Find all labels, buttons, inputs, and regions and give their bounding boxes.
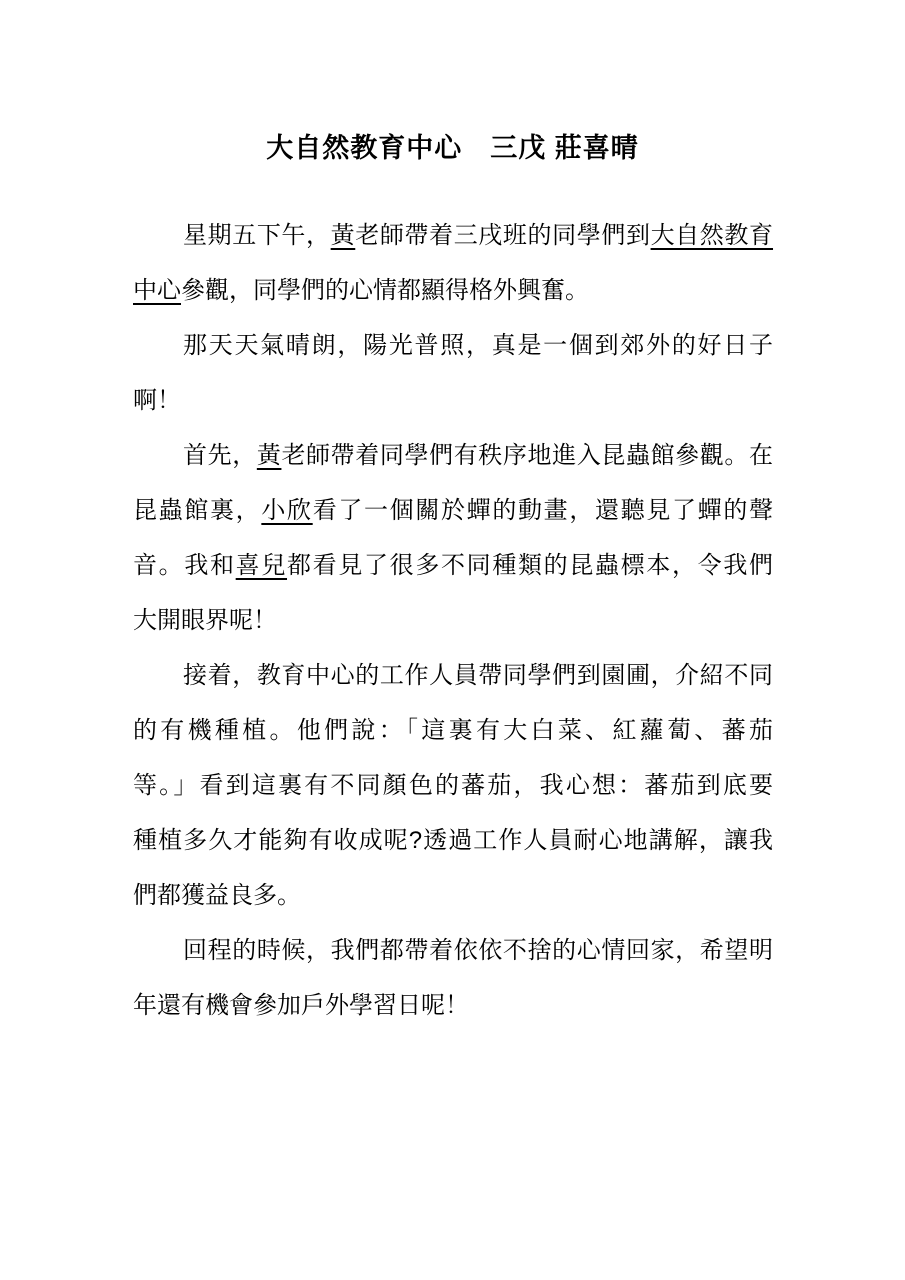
text-line: 昆蟲館裏，小欣看了一個關於蟬的動畫，還聽見了蟬的聲 [133,483,773,538]
text-line: 回程的時候，我們都帶着依依不捨的心情回家，希望明 [133,923,773,978]
text-run: 的有機種植。他們說：「這裏有大白菜、紅蘿蔔、蕃茄 [133,717,773,744]
underlined-name: 中心 [133,277,181,304]
text-run: 老師帶着同學們有秩序地進入昆蟲館參觀。在 [281,442,773,469]
underlined-name: 大自然教育 [651,222,773,249]
text-run: 那天天氣晴朗，陽光普照，真是一個到郊外的好日子 [183,332,773,359]
text-run: 回程的時候，我們都帶着依依不捨的心情回家，希望明 [183,937,773,964]
text-line: 年還有機會參加戶外學習日呢！ [133,978,773,1033]
underlined-name: 黃 [257,442,282,469]
text-line: 種植多久才能夠有收成呢?透過工作人員耐心地講解，讓我 [133,813,773,868]
document-body: 星期五下午，黃老師帶着三戌班的同學們到大自然教育中心參觀，同學們的心情都顯得格外… [133,208,773,1033]
text-line: 音。我和喜兒都看見了很多不同種類的昆蟲標本，令我們 [133,538,773,593]
text-run: 們都獲益良多。 [133,882,301,909]
text-line: 首先，黃老師帶着同學們有秩序地進入昆蟲館參觀。在 [133,428,773,483]
text-line: 接着，教育中心的工作人員帶同學們到園圃，介紹不同 [133,648,773,703]
text-run: 老師帶着三戌班的同學們到 [355,222,650,249]
text-run: 音。我和 [133,552,236,579]
text-line: 啊！ [133,373,773,428]
text-run: 啊！ [133,387,181,414]
text-run: 參觀，同學們的心情都顯得格外興奮。 [181,277,589,304]
underlined-name: 黃 [331,222,356,249]
text-line: 的有機種植。他們說：「這裏有大白菜、紅蘿蔔、蕃茄 [133,703,773,758]
text-line: 大開眼界呢！ [133,593,773,648]
document-page: 大自然教育中心 三戊 莊喜晴 星期五下午，黃老師帶着三戌班的同學們到大自然教育中… [0,0,905,1280]
text-run: 昆蟲館裏， [133,497,261,524]
text-run: 年還有機會參加戶外學習日呢！ [133,992,469,1019]
underlined-name: 小欣 [261,497,312,524]
text-run: 首先， [183,442,257,469]
text-run: 都看見了很多不同種類的昆蟲標本，令我們 [287,552,773,579]
text-run: 等。」看到這裏有不同顏色的蕃茄，我心想：蕃茄到底要 [133,772,773,799]
text-line: 們都獲益良多。 [133,868,773,923]
text-line: 中心參觀，同學們的心情都顯得格外興奮。 [133,263,773,318]
document-title: 大自然教育中心 三戊 莊喜晴 [0,126,905,165]
text-run: 種植多久才能夠有收成呢?透過工作人員耐心地講解，讓我 [133,827,773,854]
text-line: 星期五下午，黃老師帶着三戌班的同學們到大自然教育 [133,208,773,263]
text-line: 那天天氣晴朗，陽光普照，真是一個到郊外的好日子 [133,318,773,373]
text-line: 等。」看到這裏有不同顏色的蕃茄，我心想：蕃茄到底要 [133,758,773,813]
text-run: 星期五下午， [183,222,331,249]
text-run: 接着，教育中心的工作人員帶同學們到園圃，介紹不同 [183,662,773,689]
underlined-name: 喜兒 [236,552,287,579]
text-run: 大開眼界呢！ [133,607,277,634]
text-run: 看了一個關於蟬的動畫，還聽見了蟬的聲 [313,497,773,524]
